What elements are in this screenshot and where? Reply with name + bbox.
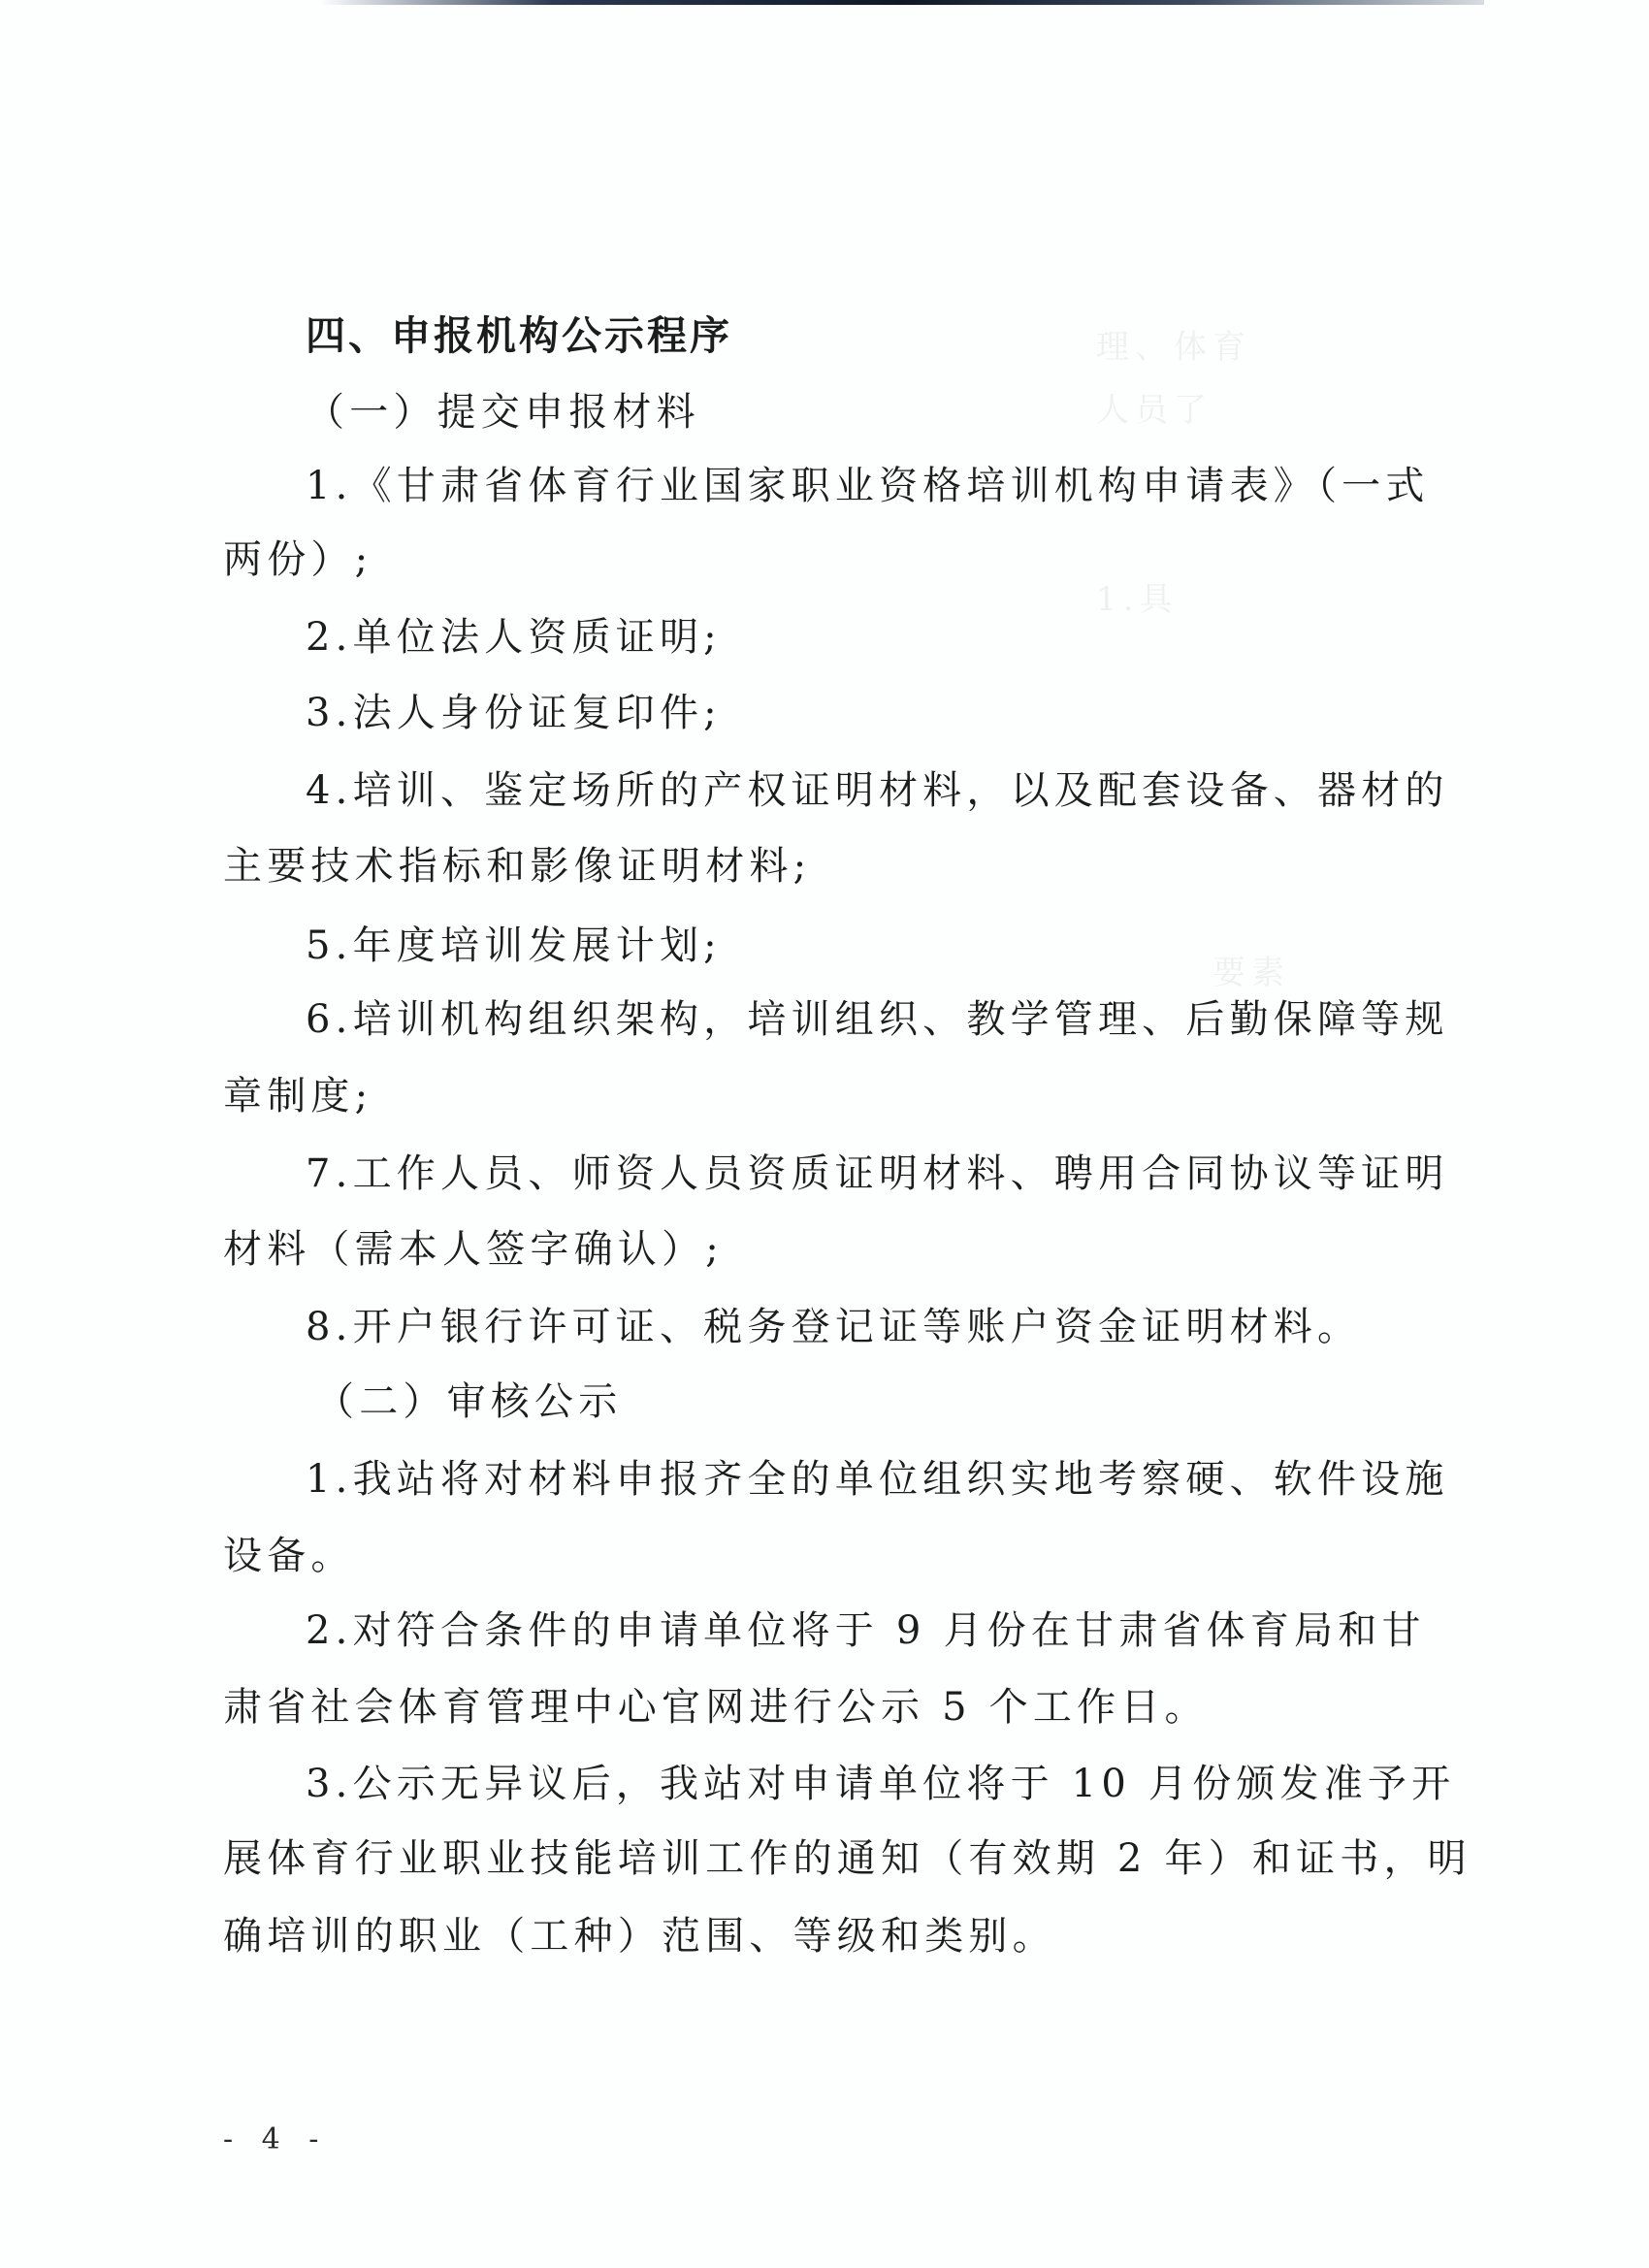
list-item: 7.工作人员、师资人员资质证明材料、聘用合同协议等证明	[306, 1150, 1449, 1197]
list-item-continuation: 设备。	[223, 1533, 355, 1579]
list-item-continuation: 肃省社会体育管理中心官网进行公示 5 个工作日。	[223, 1684, 1209, 1731]
list-item-continuation: 材料（需本人签字确认）;	[223, 1226, 724, 1273]
list-item: 8.开户银行许可证、税务登记证等账户资金证明材料。	[306, 1304, 1361, 1350]
bleed-through: 要素	[1212, 946, 1290, 993]
list-item: 3.法人身份证复印件;	[306, 690, 722, 736]
subsection-title: （二）审核公示	[315, 1378, 622, 1425]
list-item: 2.对符合条件的申请单位将于 9 月份在甘肃省体育局和甘	[306, 1607, 1426, 1654]
list-item: 1.我站将对材料申报齐全的单位组织实地考察硬、软件设施	[306, 1456, 1449, 1503]
list-item: 3.公示无异议后，我站对申请单位将于 10 月份颁发准予开	[306, 1761, 1455, 1807]
list-item: 1.《甘肃省体育行业国家职业资格培训机构申请表》（一式	[306, 463, 1430, 509]
bleed-through: 理、体育	[1096, 320, 1251, 368]
scan-top-edge	[320, 0, 1484, 5]
section-heading: 四、申报机构公示程序	[306, 312, 732, 359]
list-item: 2.单位法人资质证明;	[306, 614, 722, 661]
list-item: 4.培训、鉴定场所的产权证明材料，以及配套设备、器材的	[306, 767, 1449, 814]
bleed-through: 人员了	[1096, 383, 1212, 431]
list-item-continuation: 两份）;	[223, 536, 372, 583]
bleed-through: 1.具	[1096, 572, 1178, 620]
list-item: 5.年度培训发展计划;	[306, 923, 722, 969]
subsection-title: （一）提交申报材料	[306, 389, 700, 436]
list-item-continuation: 确培训的职业（工种）范围、等级和类别。	[223, 1913, 1056, 1960]
page-number: - 4 -	[223, 2122, 328, 2156]
list-item-continuation: 展体育行业职业技能培训工作的通知（有效期 2 年）和证书，明	[223, 1835, 1471, 1882]
list-item-continuation: 章制度;	[223, 1073, 372, 1119]
list-item: 6.培训机构组织架构，培训组织、教学管理、后勤保障等规	[306, 996, 1449, 1043]
list-item-continuation: 主要技术指标和影像证明材料;	[223, 843, 811, 890]
